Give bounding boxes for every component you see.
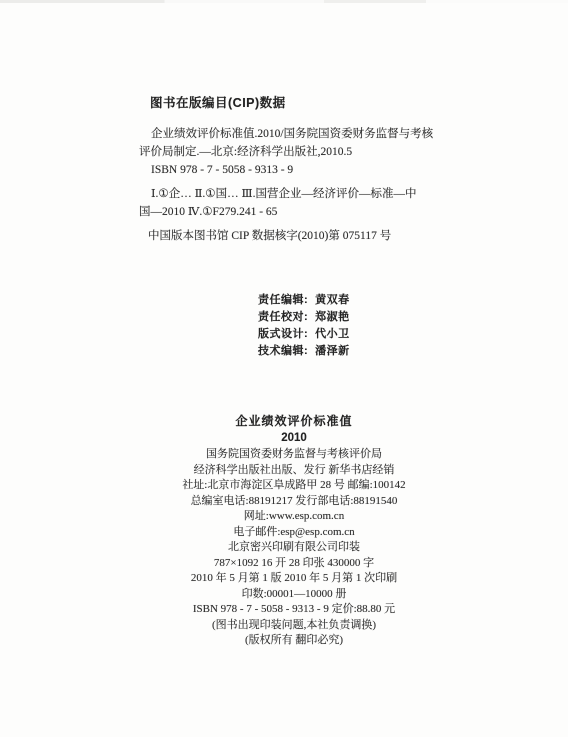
print-run-line: 印数:00001—10000 册 — [20, 587, 568, 603]
credit-label: 责任校对: — [258, 311, 308, 323]
cip-classification-line2: 国—2010 Ⅳ.①F279.241 - 65 — [139, 203, 451, 221]
credit-label: 责任编辑: — [258, 294, 308, 306]
cip-entry-line1: 企业绩效评价标准值.2010/国务院国资委财务监督与考核 — [139, 125, 451, 143]
scan-edge-artifact — [0, 0, 568, 3]
publisher-distribution-line: 经济科学出版社出版、发行 新华书店经销 — [20, 463, 568, 479]
email-line: 电子邮件:esp@esp.com.cn — [20, 525, 568, 541]
credit-label: 技术编辑: — [258, 345, 308, 357]
credit-row-editor: 责任编辑:黄双春 — [258, 292, 350, 309]
colophon-section: 企业绩效评价标准值 2010 国务院国资委财务监督与考核评价局 经济科学出版社出… — [20, 413, 568, 649]
phone-line: 总编室电话:88191217 发行部电话:88191540 — [20, 494, 568, 510]
credit-row-technical-editor: 技术编辑:潘泽新 — [258, 343, 350, 360]
credit-name: 潘泽新 — [315, 345, 350, 357]
cip-entry-line2: 评价局制定.—北京:经济科学出版社,2010.5 — [139, 143, 451, 161]
credit-row-proofreader: 责任校对:郑淑艳 — [258, 309, 350, 326]
copyright-notice-line: (版权所有 翻印必究) — [20, 633, 568, 649]
credit-row-layout-designer: 版式设计:代小卫 — [258, 326, 350, 343]
credit-name: 代小卫 — [315, 328, 350, 340]
website-line: 网址:www.esp.com.cn — [20, 509, 568, 525]
issuing-authority-line: 国务院国资委财务监督与考核评价局 — [20, 447, 568, 463]
cip-classification-line1: Ⅰ.①企… Ⅱ.①国… Ⅲ.国营企业—经济评价—标准—中 — [139, 185, 451, 203]
cip-header: 图书在版编目(CIP)数据 — [150, 94, 451, 112]
printer-line: 北京密兴印刷有限公司印装 — [20, 540, 568, 556]
credit-label: 版式设计: — [258, 328, 308, 340]
quality-notice-line: (图书出现印装问题,本社负责调换) — [20, 618, 568, 634]
book-year: 2010 — [20, 430, 568, 446]
cip-section: 图书在版编目(CIP)数据 企业绩效评价标准值.2010/国务院国资委财务监督与… — [139, 94, 451, 245]
credit-name: 郑淑艳 — [315, 311, 350, 323]
cip-isbn: ISBN 978 - 7 - 5058 - 9313 - 9 — [139, 161, 451, 179]
book-title: 企业绩效评价标准值 — [20, 413, 568, 430]
credit-name: 黄双春 — [315, 294, 350, 306]
format-line: 787×1092 16 开 28 印张 430000 字 — [20, 556, 568, 572]
edition-line: 2010 年 5 月第 1 版 2010 年 5 月第 1 次印刷 — [20, 571, 568, 587]
isbn-price-line: ISBN 978 - 7 - 5058 - 9313 - 9 定价:88.80 … — [20, 602, 568, 618]
credits-section: 责任编辑:黄双春 责任校对:郑淑艳 版式设计:代小卫 技术编辑:潘泽新 — [258, 292, 350, 360]
address-line: 社址:北京市海淀区阜成路甲 28 号 邮编:100142 — [20, 478, 568, 494]
book-copyright-page: 图书在版编目(CIP)数据 企业绩效评价标准值.2010/国务院国资委财务监督与… — [0, 0, 568, 737]
cip-record-number: 中国版本图书馆 CIP 数据核字(2010)第 075117 号 — [139, 227, 451, 245]
